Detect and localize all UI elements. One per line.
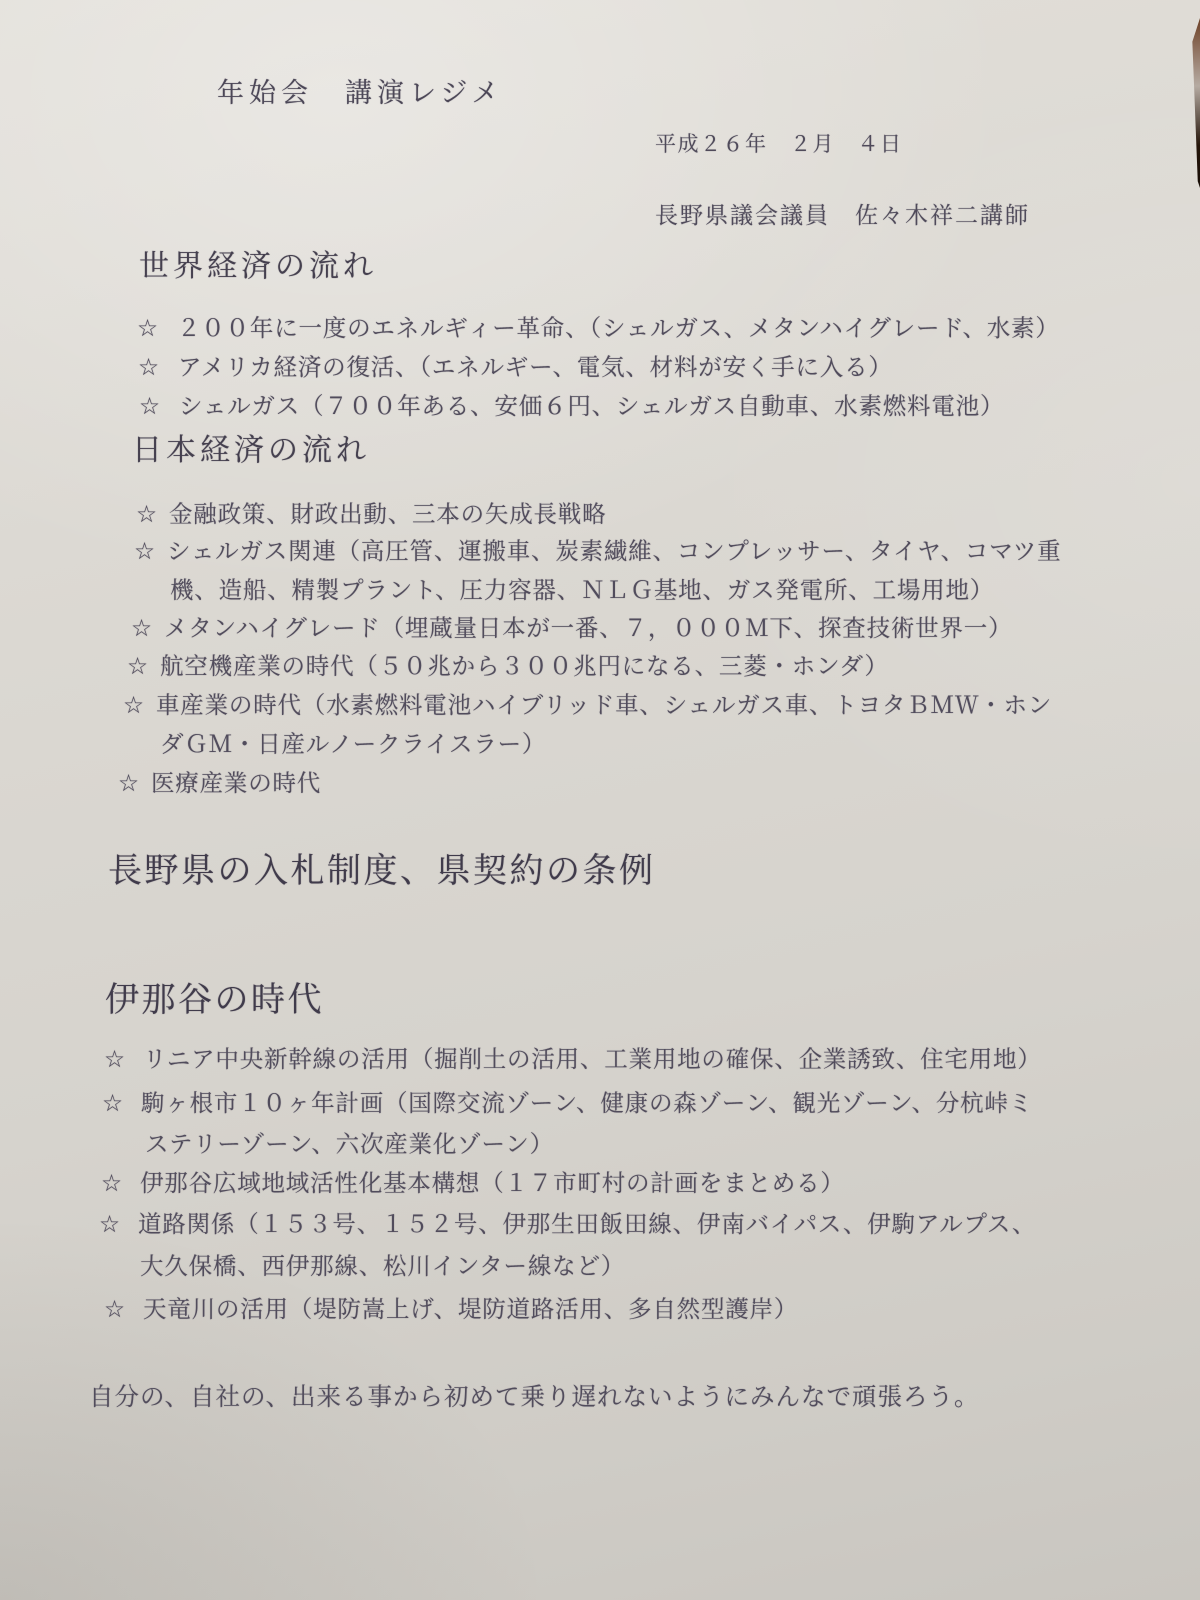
list-item-text: 医療産業の時代 <box>151 771 321 797</box>
list-item: ☆航空機産業の時代（５０兆から３００兆円になる、三菱・ホンダ） <box>127 654 889 681</box>
section-heading-ina-valley: 伊那谷の時代 <box>105 981 324 1020</box>
list-item-text: 車産業の時代（水素燃料電池ハイブリッド車、シェルガス車、トヨタＢＭＷ・ホン <box>156 693 1052 719</box>
star-bullet-icon: ☆ <box>137 316 161 343</box>
list-item: ☆駒ヶ根市１０ヶ年計画（国際交流ゾーン、健康の森ゾーン、観光ゾーン、分杭峠ミ <box>102 1091 1033 1118</box>
star-bullet-icon: ☆ <box>102 1091 126 1118</box>
list-item-text: 伊那谷広域地域活性化基本構想（１７市町村の計画をまとめる） <box>140 1171 845 1197</box>
list-item-text: 航空機産業の時代（５０兆から３００兆円になる、三菱・ホンダ） <box>160 654 889 680</box>
star-bullet-icon: ☆ <box>118 771 142 798</box>
list-item-text: 駒ヶ根市１０ヶ年計画（国際交流ゾーン、健康の森ゾーン、観光ゾーン、分杭峠ミ <box>141 1091 1033 1117</box>
list-item-text: 金融政策、財政出動、三本の矢成長戦略 <box>169 502 606 528</box>
star-bullet-icon: ☆ <box>136 502 160 529</box>
list-item-text: メタンハイグレード（埋蔵量日本が一番、７，０００Ｍ下、探査技術世界一） <box>164 616 1012 642</box>
list-item: ☆金融政策、財政出動、三本の矢成長戦略 <box>136 502 606 529</box>
list-item-text: シェルガス（７００年ある、安価６円、シェルガス自動車、水素燃料電池） <box>179 394 1004 420</box>
list-item-text: アメリカ経済の復活、（エネルギー、電気、材料が安く手に入る） <box>178 355 893 381</box>
doc-date: 平成２６年 ２月 ４日 <box>655 132 903 156</box>
list-item: ☆シェルガス（７００年ある、安価６円、シェルガス自動車、水素燃料電池） <box>139 394 1004 421</box>
section-heading-world-economy: 世界経済の流れ <box>139 250 377 285</box>
list-item: ☆伊那谷広域地域活性化基本構想（１７市町村の計画をまとめる） <box>101 1171 845 1198</box>
list-item: ☆道路関係（１５３号、１５２号、伊那生田飯田線、伊南バイパス、伊駒アルプス、 <box>99 1212 1036 1239</box>
list-item: ☆天竜川の活用（堤防嵩上げ、堤防道路活用、多自然型護岸） <box>104 1297 798 1324</box>
star-bullet-icon: ☆ <box>123 693 147 720</box>
list-item-text: シェルガス関連（高圧管、運搬車、炭素繊維、コンプレッサー、タイヤ、コマツ重 <box>167 539 1061 565</box>
paper-sheet <box>0 0 1200 1600</box>
list-item: ☆リニア中央新幹線の活用（掘削土の活用、工業用地の確保、企業誘致、住宅用地） <box>104 1047 1042 1074</box>
star-bullet-icon: ☆ <box>134 539 158 566</box>
doc-speaker: 長野県議会議員 佐々木祥二講師 <box>655 203 1030 229</box>
list-item: ☆アメリカ経済の復活、（エネルギー、電気、材料が安く手に入る） <box>138 355 893 382</box>
star-bullet-icon: ☆ <box>104 1047 128 1074</box>
list-item-continuation: 大久保橋、西伊那線、松川インター線など） <box>140 1254 625 1281</box>
list-item-text: 天竜川の活用（堤防嵩上げ、堤防道路活用、多自然型護岸） <box>143 1297 798 1323</box>
star-bullet-icon: ☆ <box>131 616 155 643</box>
list-item: ☆車産業の時代（水素燃料電池ハイブリッド車、シェルガス車、トヨタＢＭＷ・ホン <box>123 693 1052 720</box>
star-bullet-icon: ☆ <box>101 1171 125 1198</box>
list-item-continuation: 機、造船、精製プラント、圧力容器、ＮＬＧ基地、ガス発電所、工場用地） <box>170 578 994 605</box>
photo-frame: 年始会 講演レジメ 平成２６年 ２月 ４日 長野県議会議員 佐々木祥二講師 世界… <box>0 0 1200 1600</box>
list-item: ☆医療産業の時代 <box>118 771 321 798</box>
star-bullet-icon: ☆ <box>139 394 163 421</box>
star-bullet-icon: ☆ <box>138 355 162 382</box>
list-item-text: ２００年に一度のエネルギィー革命、（シェルガス、メタンハイグレード、水素） <box>177 316 1060 342</box>
list-item-continuation: ダＧＭ・日産ルノークライスラー） <box>160 732 546 759</box>
section-heading-japan-economy: 日本経済の流れ <box>132 434 370 469</box>
star-bullet-icon: ☆ <box>104 1297 128 1324</box>
closing-message: 自分の、自社の、出来る事から初めて乗り遅れないようにみんなで頑張ろう。 <box>89 1384 980 1412</box>
list-item-continuation: ステリーゾーン、六次産業化ゾーン） <box>145 1132 554 1159</box>
star-bullet-icon: ☆ <box>99 1212 123 1239</box>
doc-title: 年始会 講演レジメ <box>217 78 504 109</box>
list-item: ☆メタンハイグレード（埋蔵量日本が一番、７，０００Ｍ下、探査技術世界一） <box>131 616 1012 643</box>
section-heading-bidding-system: 長野県の入札制度、県契約の条例 <box>108 852 656 891</box>
list-item: ☆２００年に一度のエネルギィー革命、（シェルガス、メタンハイグレード、水素） <box>137 316 1060 343</box>
star-bullet-icon: ☆ <box>127 654 151 681</box>
list-item-text: 道路関係（１５３号、１５２号、伊那生田飯田線、伊南バイパス、伊駒アルプス、 <box>138 1212 1036 1238</box>
list-item-text: リニア中央新幹線の活用（掘削土の活用、工業用地の確保、企業誘致、住宅用地） <box>143 1047 1042 1073</box>
list-item: ☆シェルガス関連（高圧管、運搬車、炭素繊維、コンプレッサー、タイヤ、コマツ重 <box>134 539 1061 566</box>
